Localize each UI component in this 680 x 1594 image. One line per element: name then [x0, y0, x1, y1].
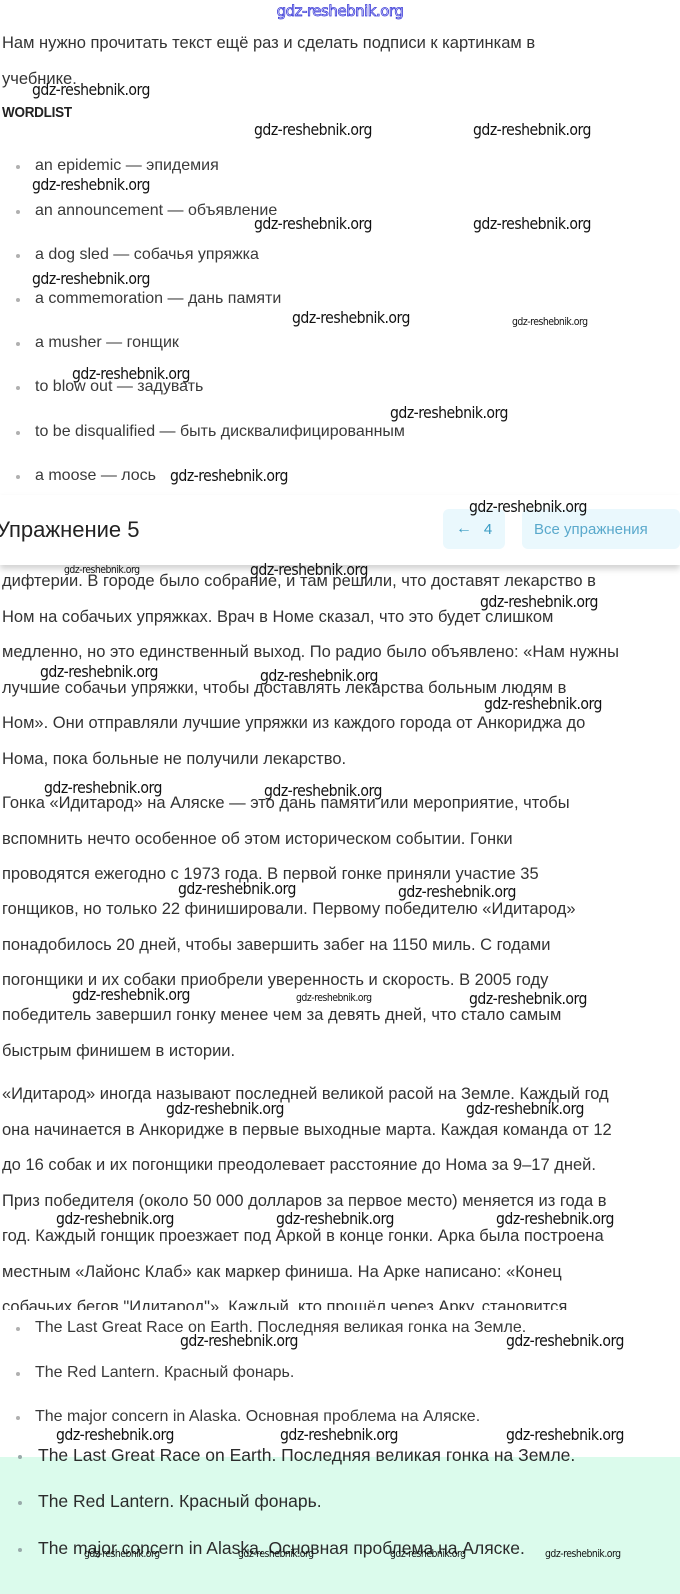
text-line: Нома, пока больные не получили лекарство…: [2, 750, 346, 769]
text-line: до 16 собак и их погонщики преодолевает …: [2, 1156, 596, 1175]
watermark: gdz-reshebnik.org: [32, 269, 150, 288]
watermark: gdz-reshebnik.org: [32, 80, 150, 99]
watermark: gdz-reshebnik.org: [545, 1547, 621, 1560]
bullet-icon: [16, 254, 20, 258]
bullet-icon: [18, 1501, 22, 1505]
watermark: gdz-reshebnik.org: [496, 1209, 614, 1228]
watermark: gdz-reshebnik.org: [170, 466, 288, 485]
text-line: победитель завершил гонку менее чем за д…: [2, 1006, 561, 1025]
prev-exercise-label: 4: [484, 521, 492, 538]
bullet-icon: [16, 298, 20, 302]
watermark: gdz-reshebnik.org: [398, 882, 516, 901]
watermark: gdz-reshebnik.org: [254, 120, 372, 139]
arrow-left-icon: ←: [456, 520, 472, 538]
watermark: gdz-reshebnik.org: [238, 1547, 314, 1560]
watermark: gdz-reshebnik.org: [480, 592, 598, 611]
watermark: gdz-reshebnik.org: [473, 214, 591, 233]
watermark: gdz-reshebnik.org: [32, 175, 150, 194]
text-line: вспомнить нечто особенное об этом истори…: [2, 830, 513, 849]
watermark: gdz-reshebnik.org: [484, 694, 602, 713]
watermark: gdz-reshebnik.org: [473, 120, 591, 139]
watermark: gdz-reshebnik.org: [56, 1425, 174, 1444]
bullet-icon: [16, 342, 20, 346]
text-line: понадобилось 20 дней, чтобы завершить за…: [2, 936, 550, 955]
bullet-icon: [16, 1327, 20, 1331]
all-exercises-label: Все упражнения: [534, 521, 648, 538]
text-line: быстрым финишем в истории.: [2, 1042, 235, 1061]
watermark: gdz-reshebnik.org: [469, 989, 587, 1008]
text-line-clipped: собачьих бегов "Идитарод"». Каждый, кто …: [2, 1298, 567, 1310]
wordlist-heading: WORDLIST: [2, 104, 72, 121]
watermark: gdz-reshebnik.org: [506, 1331, 624, 1350]
watermark: gdz-reshebnik.org: [390, 1547, 466, 1560]
watermark: gdz-reshebnik.org: [250, 560, 368, 579]
site-watermark-top: gdz-reshebnik.org: [0, 2, 680, 20]
watermark: gdz-reshebnik.org: [512, 315, 588, 328]
text-line: Ном на собачьих упряжках. Врач в Номе ск…: [2, 608, 553, 627]
watermark: gdz-reshebnik.org: [469, 497, 587, 516]
watermark: gdz-reshebnik.org: [260, 666, 378, 685]
bullet-icon: [16, 1372, 20, 1376]
bullet-icon: [16, 210, 20, 214]
watermark: gdz-reshebnik.org: [44, 778, 162, 797]
watermark: gdz-reshebnik.org: [276, 1209, 394, 1228]
watermark: gdz-reshebnik.org: [296, 991, 372, 1004]
watermark: gdz-reshebnik.org: [280, 1425, 398, 1444]
text-line: гонщиков, но только 22 финишировали. Пер…: [2, 900, 576, 919]
text-line: год. Каждый гонщик проезжает под Аркой в…: [2, 1227, 604, 1246]
bullet-icon: [16, 1416, 20, 1420]
bullet-icon: [16, 475, 20, 479]
bullet-icon: [18, 1548, 22, 1552]
bullet-icon: [16, 431, 20, 435]
exercise-title: Упражнение 5: [0, 517, 140, 543]
text-line: Ном». Они отправляли лучшие упряжки из к…: [2, 714, 585, 733]
watermark: gdz-reshebnik.org: [84, 1547, 160, 1560]
bullet-icon: [16, 165, 20, 169]
watermark: gdz-reshebnik.org: [390, 403, 508, 422]
text-line: медленно, но это единственный выход. По …: [2, 643, 619, 662]
bullet-icon: [16, 386, 20, 390]
watermark: gdz-reshebnik.org: [166, 1099, 284, 1118]
watermark: gdz-reshebnik.org: [292, 308, 410, 327]
watermark: gdz-reshebnik.org: [264, 781, 382, 800]
watermark: gdz-reshebnik.org: [72, 985, 190, 1004]
bullet-icon: [18, 1455, 22, 1459]
intro-line-1: Нам нужно прочитать текст ещё раз и сдел…: [2, 25, 535, 61]
watermark: gdz-reshebnik.org: [506, 1425, 624, 1444]
watermark: gdz-reshebnik.org: [40, 662, 158, 681]
answer-box: The Last Great Race on Earth. Последняя …: [0, 1457, 680, 1594]
watermark: gdz-reshebnik.org: [178, 879, 296, 898]
watermark: gdz-reshebnik.org: [56, 1209, 174, 1228]
text-line: она начинается в Анкоридже в первые выхо…: [2, 1121, 612, 1140]
watermark: gdz-reshebnik.org: [254, 214, 372, 233]
watermark: gdz-reshebnik.org: [72, 364, 190, 383]
watermark: gdz-reshebnik.org: [64, 563, 140, 576]
text-line: местным «Лайонс Клаб» как маркер финиша.…: [2, 1263, 562, 1282]
watermark: gdz-reshebnik.org: [466, 1099, 584, 1118]
watermark: gdz-reshebnik.org: [180, 1331, 298, 1350]
